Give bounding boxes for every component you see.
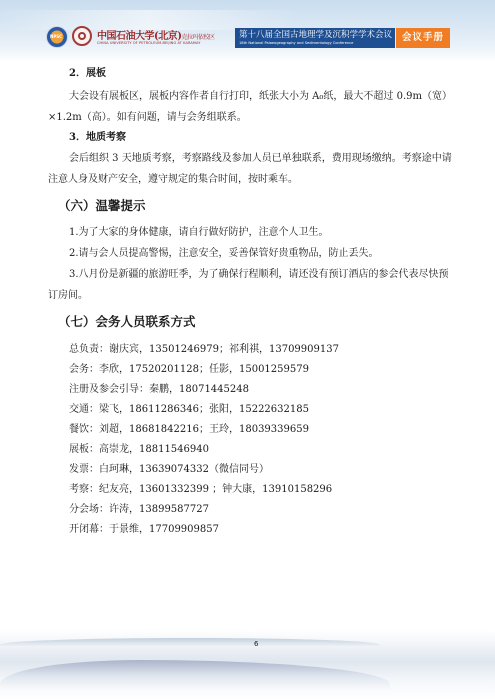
university-name: 中国石油大学(北京)克拉玛依校区 <box>97 27 214 42</box>
poster-text-line1: 大会设有展板区，展板内容作者自行打印，纸张大小为 A₀纸，最大不超过 0.9m（… <box>69 87 452 102</box>
handbook-label: 会议手册 <box>396 28 450 48</box>
tip-item-2: 2.请与会人员提高警惕，注意安全，妥善保管好贵重物品，防止丢失。 <box>69 244 379 259</box>
npsc-logo-icon: NPSC <box>46 26 68 48</box>
contact-item: 分会场：许涛，13899587727 <box>69 500 209 515</box>
conference-title-box: 第十八届全国古地理学及沉积学学术会议 18th National Palaeog… <box>235 28 395 48</box>
contact-item: 发票：白珂琳，13639074332（微信同号） <box>69 460 269 475</box>
contacts-section-title: （七）会务人员联系方式 <box>58 312 196 330</box>
page-number: 6 <box>254 640 258 648</box>
university-seal-icon <box>72 26 92 46</box>
mountain-silhouette-far <box>0 638 380 646</box>
contact-item: 注册及参会引导：秦鹏，18071445248 <box>69 380 249 395</box>
university-campus: 克拉玛依校区 <box>181 34 214 41</box>
poster-heading: 2．展板 <box>69 64 106 79</box>
contact-item: 开闭幕：于景维，17709909857 <box>69 520 219 535</box>
contact-item: 展板：高崇龙，18811546940 <box>69 440 209 455</box>
university-name-en: CHINA UNIVERSITY OF PETROLEUM-BEIJING AT… <box>97 41 200 45</box>
field-trip-heading: 3．地质考察 <box>69 128 126 143</box>
field-trip-text-line2: 注意人身及财产安全，遵守规定的集合时间，按时乘车。 <box>48 170 298 185</box>
tip-item-3-cont: 订房间。 <box>48 286 88 301</box>
field-trip-text-line1: 会后组织 3 天地质考察，考察路线及参加人员已单独联系，费用现场缴纳。考察途中请 <box>69 149 452 164</box>
logo-badge-text: NPSC <box>50 34 62 39</box>
contact-item: 餐饮：刘超，18681842216；王玲，18039339659 <box>69 420 309 435</box>
tip-item-3: 3.八月份是新疆的旅游旺季，为了确保行程顺利，请还没有预订酒店的参会代表尽快预 <box>69 265 449 280</box>
tip-item-1: 1.为了大家的身体健康，请自行做好防护，注意个人卫生。 <box>69 223 329 238</box>
contact-item: 会务：李欣，17520201128；任影，15001259579 <box>69 360 309 375</box>
poster-text-line2: ×1.2m（高）。如有问题，请与会务组联系。 <box>48 108 247 123</box>
contact-item: 交通：梁飞，18611286346；张阳，15222632185 <box>69 400 309 415</box>
conference-title: 第十八届全国古地理学及沉积学学术会议 <box>239 30 391 40</box>
tips-section-title: （六）温馨提示 <box>58 196 146 214</box>
conference-title-en: 18th National Palaeogeography and Sedime… <box>239 40 391 46</box>
contact-item: 考察：纪友亮，13601332399 ；钟大康，13910158296 <box>69 480 332 495</box>
contact-item: 总负责：谢庆宾，13501246979；祁利祺，13709909137 <box>69 340 339 355</box>
